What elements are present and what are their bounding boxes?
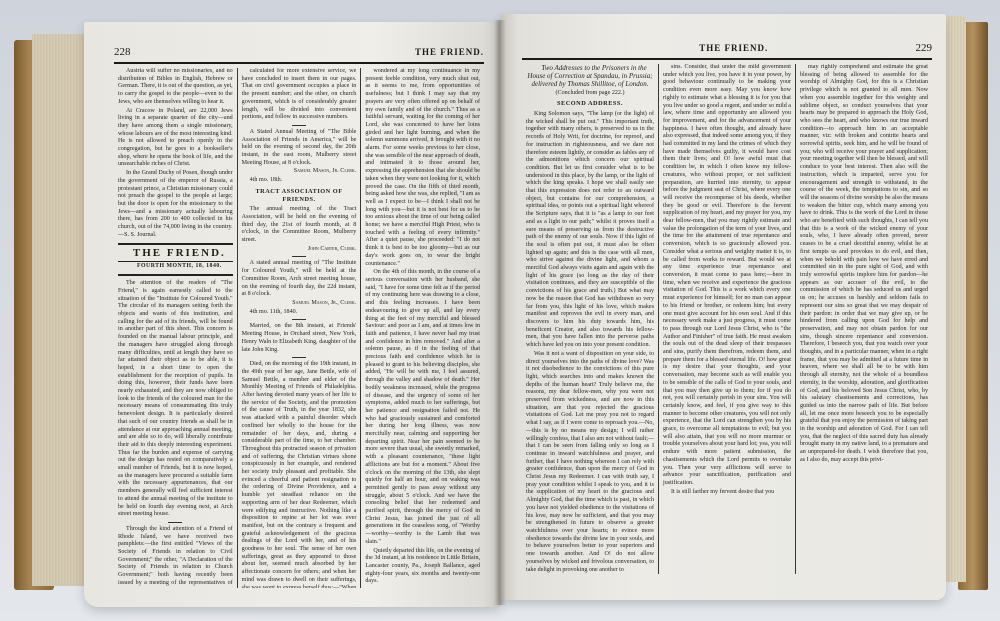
paragraph: Through the kind attention of a Friend o… bbox=[118, 526, 233, 588]
masthead-title: THE FRIEND. bbox=[118, 247, 233, 260]
divider bbox=[292, 256, 306, 257]
paragraph: The attention of the readers of "The Fri… bbox=[118, 280, 233, 519]
column-2: sins. Consider, that under the mild gove… bbox=[659, 64, 796, 574]
header-rule bbox=[522, 58, 932, 60]
column-3: wondered at my long continuance in my pr… bbox=[361, 68, 484, 588]
signature: John Carter, Clerk. bbox=[242, 246, 357, 254]
paragraph: wondered at my long continuance in my pr… bbox=[365, 68, 480, 268]
column-3: may rightly comprehend and estimate the … bbox=[796, 64, 932, 574]
article-title: Two Addresses to the Prisoners in the Ho… bbox=[526, 64, 654, 89]
notice: A Stated Annual Meeting of "The Bible As… bbox=[242, 129, 357, 168]
notice-date: 4th mo. 18th. bbox=[242, 177, 357, 185]
masthead-date: FOURTH MONTH, 18, 1840. bbox=[118, 261, 233, 271]
column-2: calculated for more extensive service, w… bbox=[238, 68, 362, 588]
paragraph: Quietly departed this life, on the eveni… bbox=[365, 548, 480, 587]
divider bbox=[292, 319, 306, 320]
page-number: 228 bbox=[114, 46, 131, 58]
section-heading: TRACT ASSOCIATION OF FRIENDS. bbox=[242, 188, 357, 203]
open-book: 228 THE FRIEND. Austria will suffer no m… bbox=[0, 0, 1000, 621]
column-1: Austria will suffer no missionaries, and… bbox=[114, 68, 238, 588]
paragraph: It is still farther my fervent desire th… bbox=[663, 489, 791, 497]
continued-note: (Concluded from page 222.) bbox=[526, 90, 654, 98]
left-columns: Austria will suffer no missionaries, and… bbox=[114, 68, 484, 588]
divider bbox=[168, 522, 182, 523]
page-edges-left bbox=[32, 34, 84, 586]
right-columns: Two Addresses to the Prisoners in the Ho… bbox=[522, 64, 932, 574]
paragraph: calculated for more extensive service, w… bbox=[242, 68, 357, 122]
page-number: 229 bbox=[915, 42, 932, 54]
divider bbox=[292, 125, 306, 126]
paragraph: At Cracow in Poland, are 22,000 Jews liv… bbox=[118, 108, 233, 170]
running-title: THE FRIEND. bbox=[699, 43, 768, 53]
marriage-notice: Married, on the 8th instant, at Friends'… bbox=[242, 323, 357, 354]
left-running-head: 228 THE FRIEND. bbox=[114, 46, 484, 58]
book-gutter bbox=[494, 20, 506, 605]
divider bbox=[292, 357, 306, 358]
left-page: 228 THE FRIEND. Austria will suffer no m… bbox=[84, 22, 500, 607]
column-1: Two Addresses to the Prisoners in the Ho… bbox=[522, 64, 659, 574]
paragraph: Austria will suffer no missionaries, and… bbox=[118, 68, 233, 107]
paragraph: may rightly comprehend and estimate the … bbox=[800, 64, 928, 465]
notice-date: 4th mo. 11th, 1840. bbox=[242, 309, 357, 317]
paragraph: On the 4th of this month, in the course … bbox=[365, 269, 480, 546]
paragraph: sins. Consider, that under the mild gove… bbox=[663, 64, 791, 488]
notice: The annual meeting of the Tract Associat… bbox=[242, 206, 357, 245]
running-title: THE FRIEND. bbox=[415, 47, 484, 57]
header-rule bbox=[114, 62, 484, 64]
right-page: THE FRIEND. 229 Two Addresses to the Pri… bbox=[500, 14, 946, 600]
obituary: Died, on the morning of the 19th instant… bbox=[242, 361, 357, 588]
paragraph: King Solomon says, "The lamp (or the lig… bbox=[526, 111, 654, 350]
paragraph: Was it not a want of disposition on your… bbox=[526, 351, 654, 574]
signature: Samuel Mason, Jr., Clerk. bbox=[242, 300, 357, 308]
masthead: THE FRIEND. FOURTH MONTH, 18, 1840. bbox=[118, 243, 233, 276]
notice: A stated annual meeting of "The Institut… bbox=[242, 260, 357, 299]
section-heading: SECOND ADDRESS. bbox=[526, 100, 654, 108]
signature: Samuel Mason, Jr. Clerk. bbox=[242, 168, 357, 176]
paragraph: In the Grand Duchy of Posen, though unde… bbox=[118, 170, 233, 239]
right-running-head: THE FRIEND. 229 bbox=[522, 42, 932, 54]
